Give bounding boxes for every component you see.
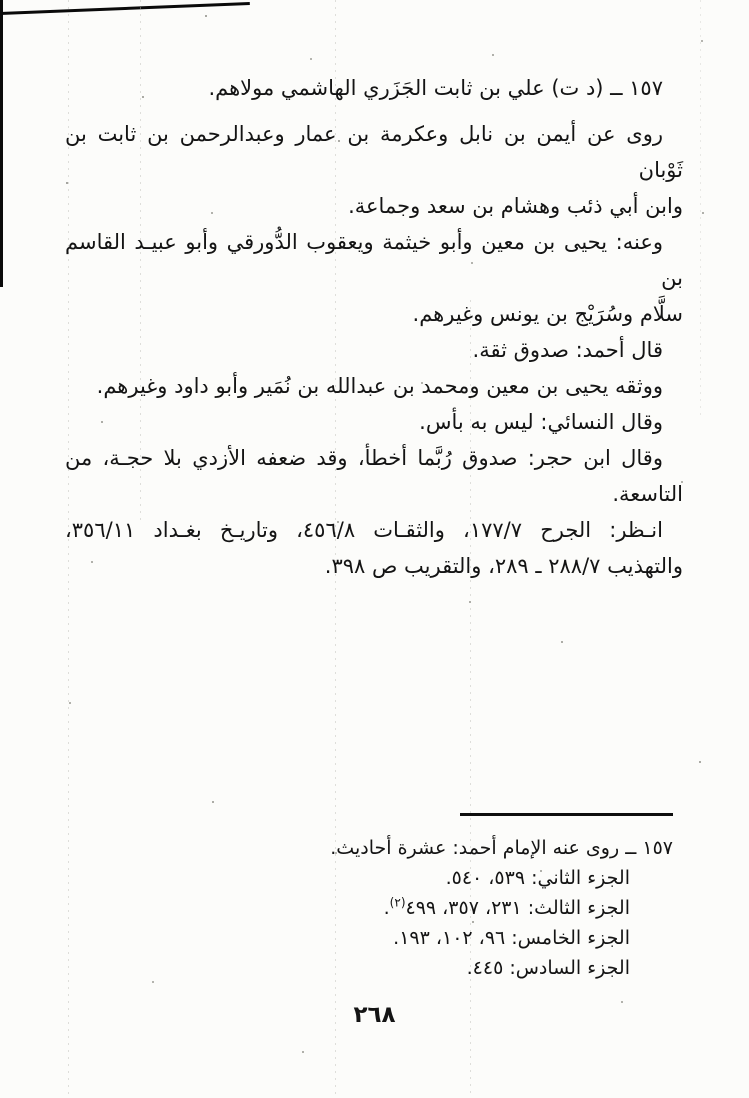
entry-line-nasai-quote: وقال النسائي: ليس به بأس. <box>65 404 683 440</box>
footnote-line-part3: الجزء الثالث: ٢٣١، ٣٥٧، ٤٩٩(٢). <box>233 893 673 923</box>
entry-line-ahmad-quote: قال أحمد: صدوق ثقة. <box>65 332 683 368</box>
scan-streak-top <box>0 2 250 15</box>
entry-line-narrated-by-cont: سلَّام وسُرَيْج بن يونس وغيرهم. <box>65 296 683 332</box>
entry-line-references-cont: والتهذيب ٢٨٨/٧ ـ ٢٨٩، والتقريب ص ٣٩٨. <box>65 548 683 584</box>
page-number: ٢٦٨ <box>0 1002 749 1028</box>
footnote-line-part6: الجزء السادس: ٤٤٥. <box>233 953 673 983</box>
footnote-line-summary: ١٥٧ ــ روى عنه الإمام أحمد: عشرة أحاديث. <box>233 833 673 863</box>
scan-noise <box>0 0 2 2</box>
footnote-block: ١٥٧ ــ روى عنه الإمام أحمد: عشرة أحاديث.… <box>233 833 673 983</box>
entry-line-references: انـظر: الجرح ١٧٧/٧، والثقـات ٤٥٦/٨، وتار… <box>65 512 683 548</box>
footnote-line-part5: الجزء الخامس: ٩٦، ١٠٢، ١٩٣. <box>233 923 673 953</box>
entry-heading-line: ١٥٧ ــ (د ت) علي بن ثابت الجَزَري الهاشم… <box>65 70 683 106</box>
footnote-rule <box>460 813 673 816</box>
scan-streak-left <box>0 0 3 287</box>
entry-text-block: ١٥٧ ــ (د ت) علي بن ثابت الجَزَري الهاشم… <box>65 70 683 584</box>
footnote-line-part2: الجزء الثاني: ٥٣٩، ٥٤٠. <box>233 863 673 893</box>
entry-line-narrated-by: وعنه: يحيى بن معين وأبو خيثمة ويعقوب الد… <box>65 224 683 296</box>
scanned-book-page: ١٥٧ ــ (د ت) علي بن ثابت الجَزَري الهاشم… <box>0 0 749 1098</box>
entry-line-narrated-from: روى عن أيمن بن نابل وعكرمة بن عمار وعبدا… <box>65 116 683 188</box>
entry-line-ibn-hajar-quote: وقال ابن حجر: صدوق رُبَّما أخطأ، وقد ضعف… <box>65 440 683 476</box>
entry-line-ibn-hajar-cont: التاسعة. <box>65 476 683 512</box>
entry-line-narrated-from-cont: وابن أبي ذئب وهشام بن سعد وجماعة. <box>65 188 683 224</box>
fold-line <box>700 0 701 420</box>
footnote-line-part3-text: الجزء الثالث: ٢٣١، ٣٥٧، ٤٩٩ <box>406 897 631 919</box>
footnote-ref-mark: (٢) <box>390 896 406 910</box>
entry-line-tawthiq: ووثقه يحيى بن معين ومحمد بن عبدالله بن ن… <box>65 368 683 404</box>
